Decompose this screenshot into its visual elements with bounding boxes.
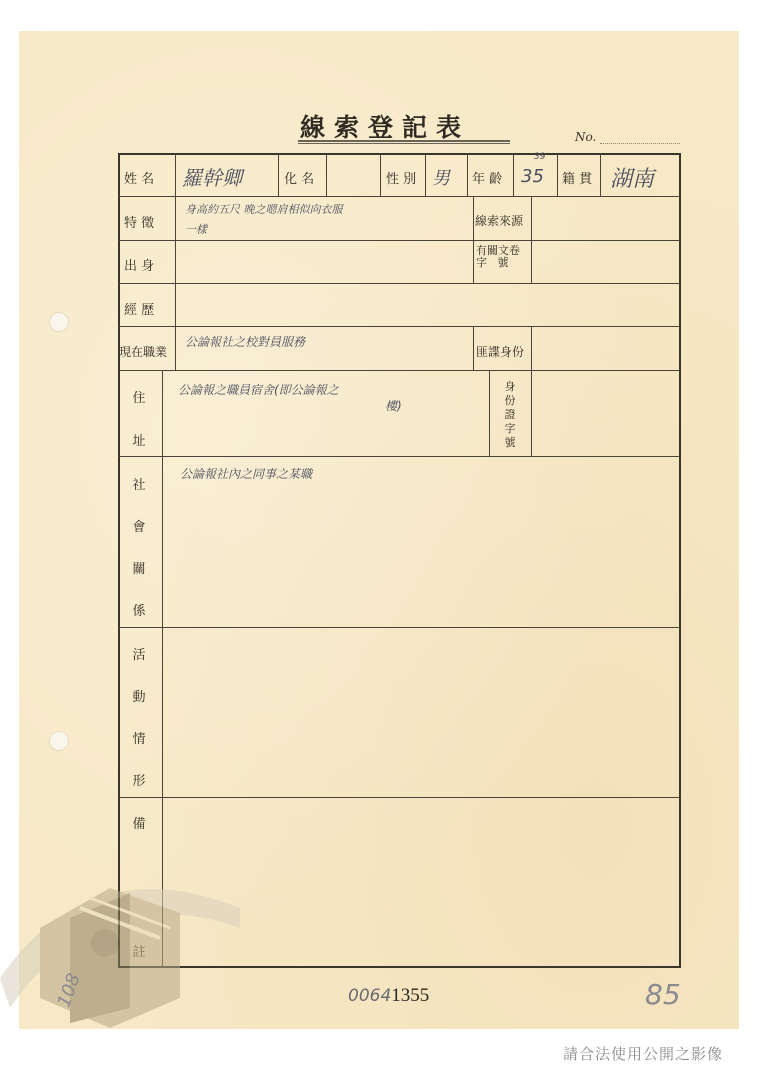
col-divider <box>326 153 327 196</box>
form-table <box>118 153 681 968</box>
docs-label-line2: 字 號 <box>476 257 509 269</box>
archive-logo-icon <box>0 868 250 1028</box>
col-divider <box>473 326 474 370</box>
row-divider <box>118 627 681 628</box>
col-divider <box>531 326 532 370</box>
col-divider <box>489 370 490 456</box>
row-divider <box>118 283 681 284</box>
row-divider <box>118 797 681 798</box>
features-value-line2: 一樣 <box>185 221 207 237</box>
name-label: 姓 名 <box>124 168 154 187</box>
form-number-label: No. <box>575 130 596 144</box>
col-divider <box>531 370 532 456</box>
col-divider <box>513 153 514 196</box>
activity-label-2: 動 <box>131 686 147 705</box>
row-divider <box>118 240 681 241</box>
origin-value: 湖南 <box>610 162 654 193</box>
social-label-3: 關 <box>131 558 147 577</box>
occupation-label: 現在職業 <box>119 343 167 360</box>
remarks-label-1: 備 <box>131 813 147 832</box>
col-divider <box>278 153 279 196</box>
activity-label-1: 活 <box>131 644 147 663</box>
archive-number: 00641355 <box>348 985 429 1007</box>
address-value-line1: 公論報之職員宿舍(即公論報之 <box>178 381 339 398</box>
archive-number-handwritten: 0064 <box>348 986 391 1006</box>
col-divider <box>557 153 558 196</box>
age-value: 35 <box>521 166 544 187</box>
form-title: 線索登記表 <box>300 108 470 144</box>
social-label-4: 係 <box>131 600 147 619</box>
social-value: 公論報社內之同事之某職 <box>180 465 312 482</box>
col-divider <box>473 196 474 283</box>
col-divider <box>425 153 426 196</box>
col-divider <box>531 196 532 283</box>
row-divider <box>118 456 681 457</box>
punch-hole <box>49 731 69 751</box>
row-divider <box>118 370 681 371</box>
age-note: 39 <box>534 152 545 162</box>
features-label: 特 徵 <box>124 212 154 231</box>
row-divider <box>118 196 681 197</box>
row-divider <box>118 326 681 327</box>
col-divider <box>467 153 468 196</box>
sex-value: 男 <box>432 164 450 190</box>
occupation-value: 公論報社之校對員服務 <box>185 333 305 350</box>
title-underline <box>298 140 510 144</box>
activity-label-3: 情 <box>131 728 147 747</box>
form-number-field <box>600 143 680 144</box>
history-label: 經 歷 <box>124 299 154 318</box>
col-divider <box>600 153 601 196</box>
punch-hole <box>49 312 69 332</box>
archive-number-printed: 1355 <box>391 985 429 1006</box>
social-label-1: 社 <box>131 474 147 493</box>
page-mark-right: 85 <box>645 978 681 1011</box>
col-divider <box>380 153 381 196</box>
age-label: 年 齡 <box>472 168 502 187</box>
address-label-2: 址 <box>131 430 147 449</box>
sex-label: 性 別 <box>386 168 416 187</box>
name-value: 羅幹卿 <box>182 162 242 191</box>
col-divider <box>175 153 176 370</box>
source-label: 線索來源 <box>475 212 523 229</box>
watermark-text: 請合法使用公開之影像 <box>563 1043 723 1064</box>
features-value-line1: 身高約五尺 晚之嗯肩相似向衣服 <box>185 201 343 217</box>
origin-label: 籍 貫 <box>562 168 592 187</box>
alias-label: 化 名 <box>284 168 314 187</box>
id-label-5: 號 <box>502 434 518 450</box>
spy-label: 匪諜身份 <box>476 343 524 360</box>
address-value-line2: 樓) <box>385 397 402 414</box>
activity-label-4: 形 <box>131 770 147 789</box>
social-label-2: 會 <box>131 516 147 535</box>
address-label-1: 住 <box>131 387 147 406</box>
background-label: 出 身 <box>124 255 154 274</box>
